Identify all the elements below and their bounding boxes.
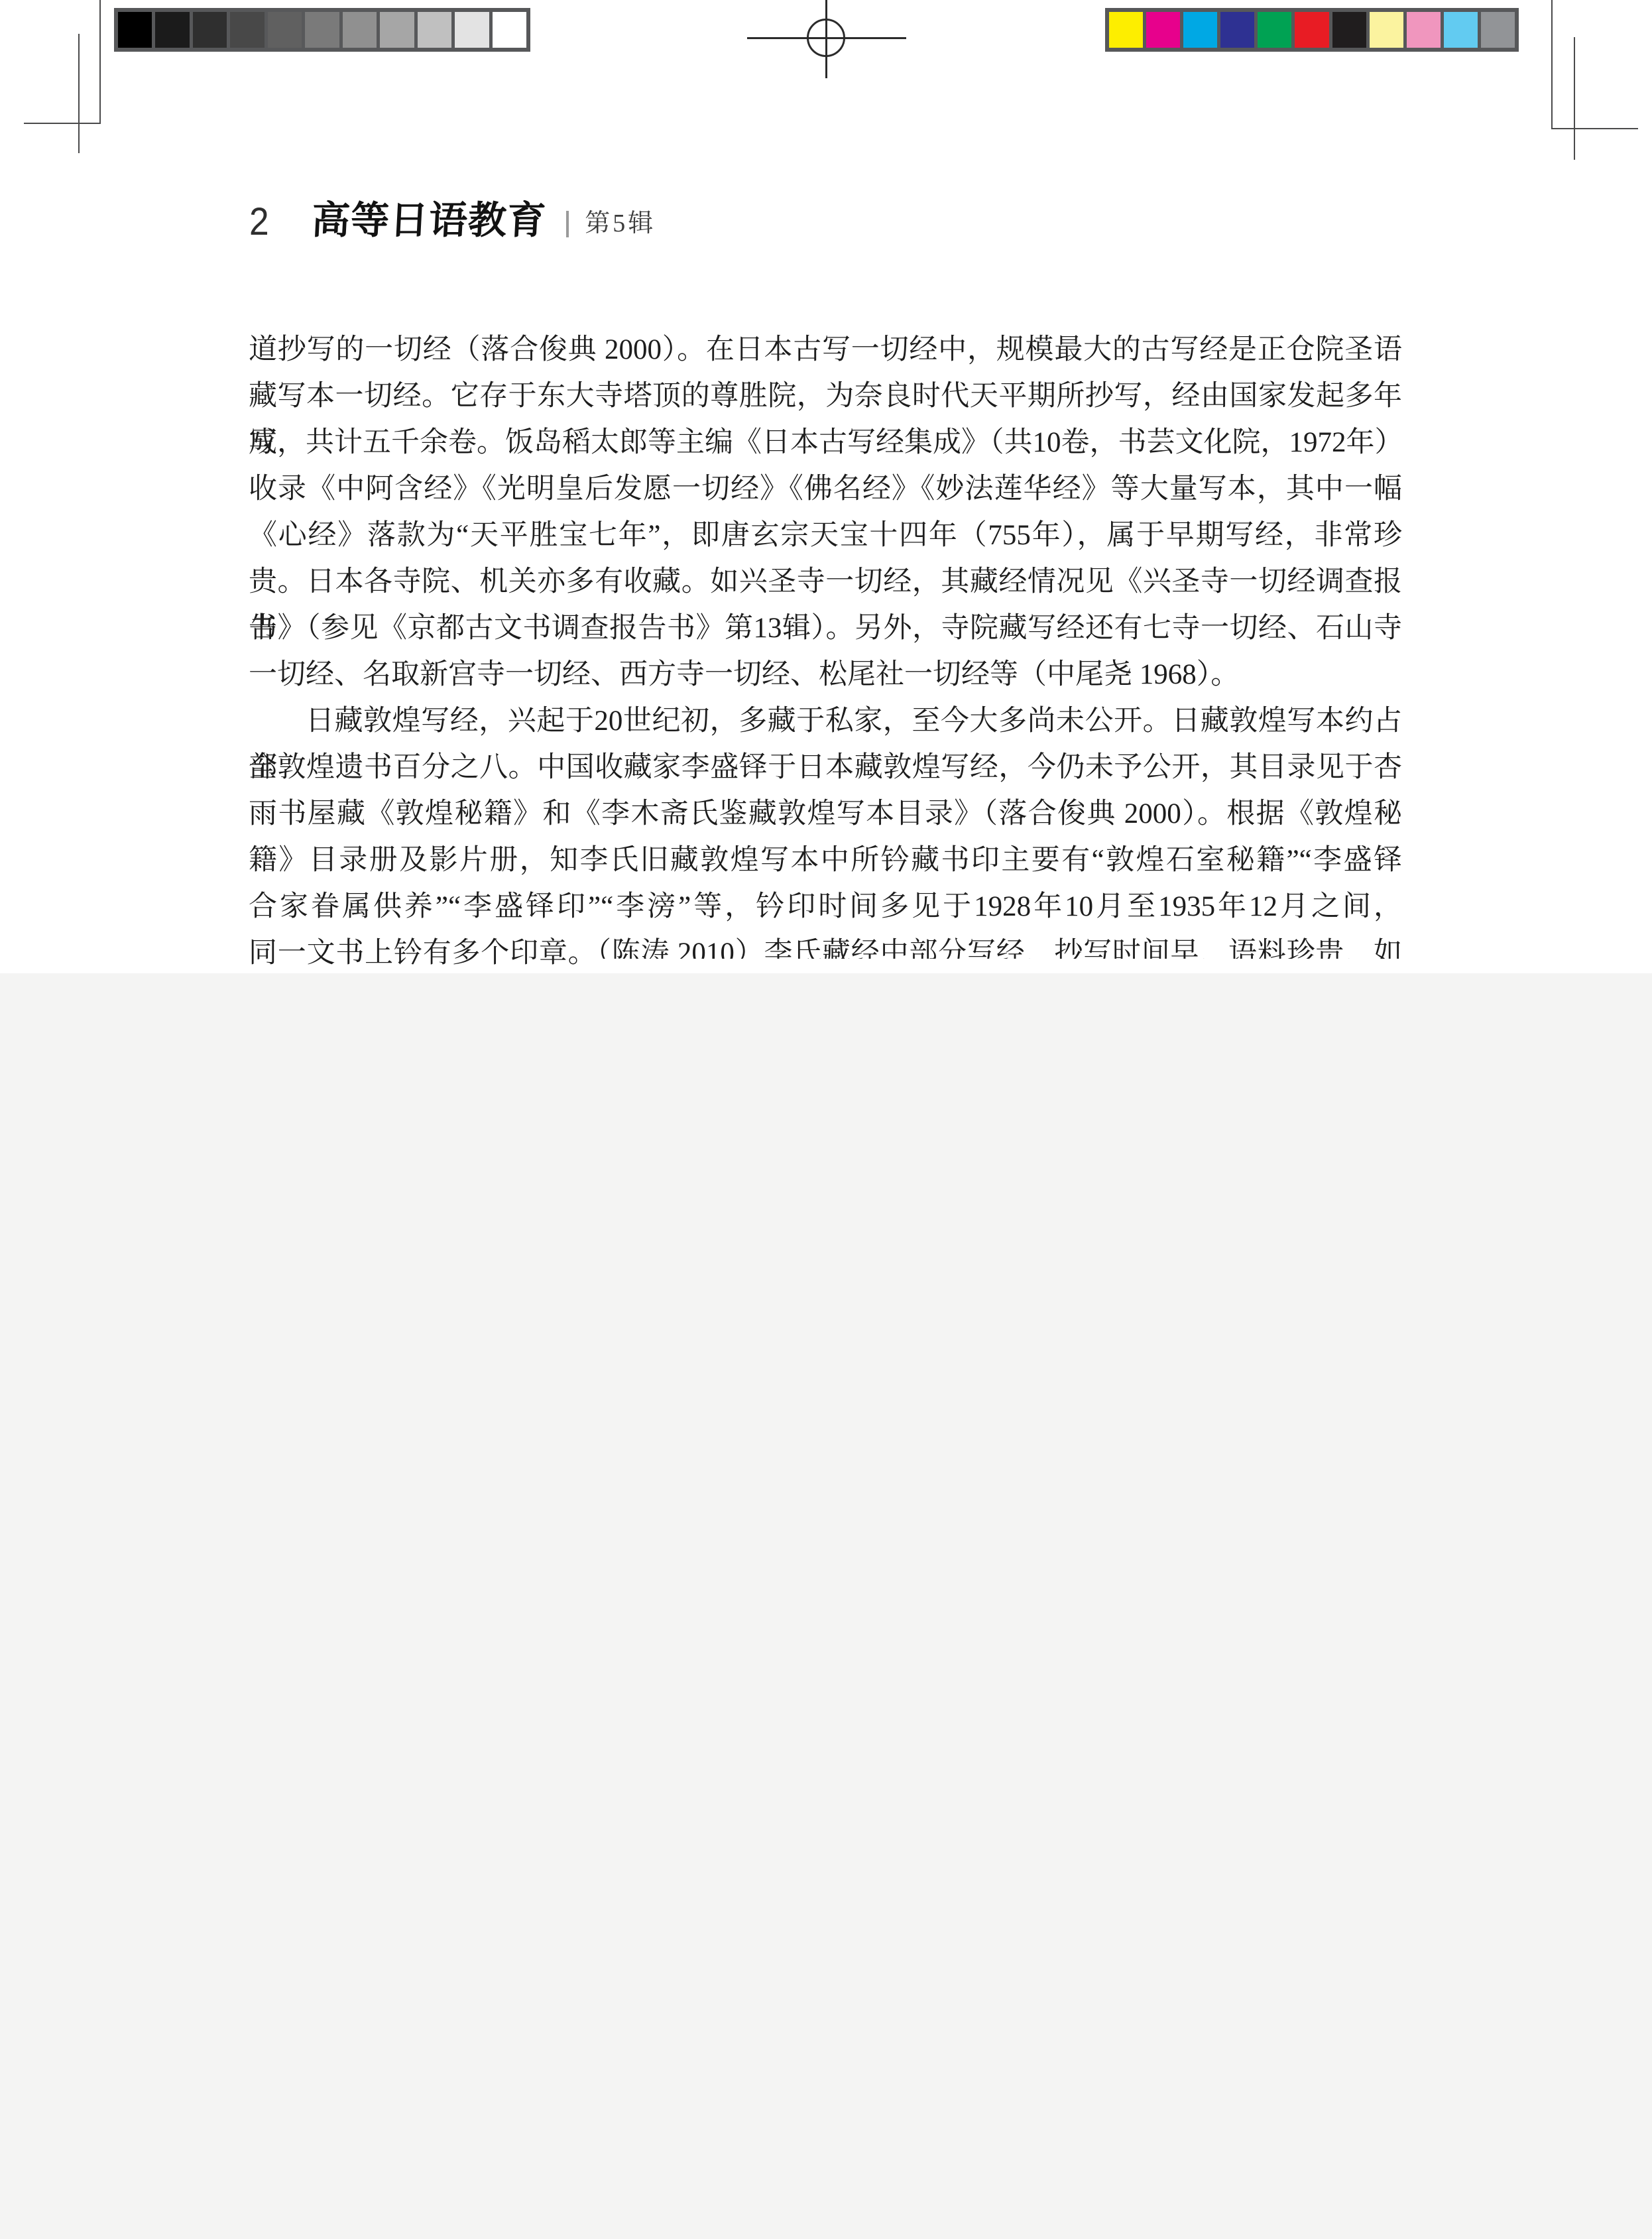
color-swatch [305, 12, 339, 48]
text-line: 成，共计五千余卷。饭岛稻太郎等主编《日本古写经集成》（共10卷，书芸文化院，19… [249, 420, 1402, 466]
text-line: 合家眷属供养”“李盛铎印”“李滂”等，钤印时间多见于1928年10月至1935年… [249, 884, 1402, 930]
crop-mark-left-horizontal [24, 123, 101, 124]
color-swatch [343, 12, 377, 48]
color-swatch [1370, 12, 1403, 48]
color-swatch [1332, 12, 1366, 48]
running-header: 2 高等日语教育 第5辑 [249, 194, 656, 243]
text-line: 部敦煌遗书百分之八。中国收藏家李盛铎于日本藏敦煌写经，今仍未予公开，其目录见于杏 [249, 745, 1402, 791]
crop-mark-left-vertical [99, 0, 101, 124]
crop-mark-right-horizontal [1551, 128, 1638, 129]
registration-mark-circle [807, 19, 845, 57]
text-line: 书》（参见《京都古文书调查报告书》第13辑）。另外，寺院藏写经还有七寺一切经、石… [249, 605, 1402, 652]
color-swatch [1258, 12, 1291, 48]
color-swatch [193, 12, 227, 48]
color-swatch [1407, 12, 1441, 48]
text-line: 道抄写的一切经（落合俊典 2000）。在日本古写一切经中，规模最大的古写经是正仓… [249, 327, 1402, 373]
color-swatch [1146, 12, 1180, 48]
unrendered-page-area [0, 973, 1652, 2239]
color-swatch [118, 12, 152, 48]
grayscale-step-wedge [114, 8, 530, 52]
text-line: 收录《中阿含经》《光明皇后发愿一切经》《佛名经》《妙法莲华经》等大量写本，其中一… [249, 466, 1402, 513]
color-swatch [1444, 12, 1478, 48]
text-line: 藏写本一切经。它存于东大寺塔顶的尊胜院，为奈良时代天平期所抄写，经由国家发起多年… [249, 373, 1402, 420]
crop-mark-right-vertical [1551, 0, 1553, 129]
render-clip-step [590, 959, 1652, 973]
text-line: 一切经、名取新宫寺一切经、西方寺一切经、松尾社一切经等（中尾尧 1968）。 [249, 652, 1402, 698]
color-swatch [493, 12, 526, 48]
color-control-bar [1105, 8, 1519, 52]
volume-label: 第5辑 [585, 207, 656, 243]
journal-title: 高等日语教育 [311, 199, 548, 243]
color-swatch [1295, 12, 1328, 48]
color-swatch [455, 12, 489, 48]
header-separator [566, 211, 569, 237]
color-swatch [1183, 12, 1217, 48]
text-line: 籍》目录册及影片册，知李氏旧藏敦煌写本中所钤藏书印主要有“敦煌石室秘籍”“李盛铎 [249, 837, 1402, 884]
color-swatch [1109, 12, 1143, 48]
color-swatch [1481, 12, 1515, 48]
crop-mark-right-bleed [1574, 37, 1575, 160]
text-line: 日藏敦煌写经，兴起于20世纪初，多藏于私家，至今大多尚未公开。日藏敦煌写本约占全 [249, 698, 1402, 745]
color-swatch [268, 12, 302, 48]
page-number: 2 [249, 202, 269, 243]
text-line: 贵。日本各寺院、机关亦多有收藏。如兴圣寺一切经，其藏经情况见《兴圣寺一切经调查报… [249, 559, 1402, 605]
crop-mark-left-bleed [78, 34, 80, 153]
color-swatch [418, 12, 451, 48]
color-swatch [1220, 12, 1254, 48]
color-swatch [380, 12, 414, 48]
color-swatch [155, 12, 189, 48]
body-text: 道抄写的一切经（落合俊典 2000）。在日本古写一切经中，规模最大的古写经是正仓… [249, 327, 1402, 977]
text-line: 《心经》落款为“天平胜宝七年”，即唐玄宗天宝十四年（755年），属于早期写经，非… [249, 513, 1402, 559]
scanned-book-page: 2 高等日语教育 第5辑 道抄写的一切经（落合俊典 2000）。在日本古写一切经… [0, 0, 1652, 2239]
text-line: 雨书屋藏《敦煌秘籍》和《李木斋氏鉴藏敦煌写本目录》（落合俊典 2000）。根据《… [249, 791, 1402, 837]
color-swatch [230, 12, 264, 48]
